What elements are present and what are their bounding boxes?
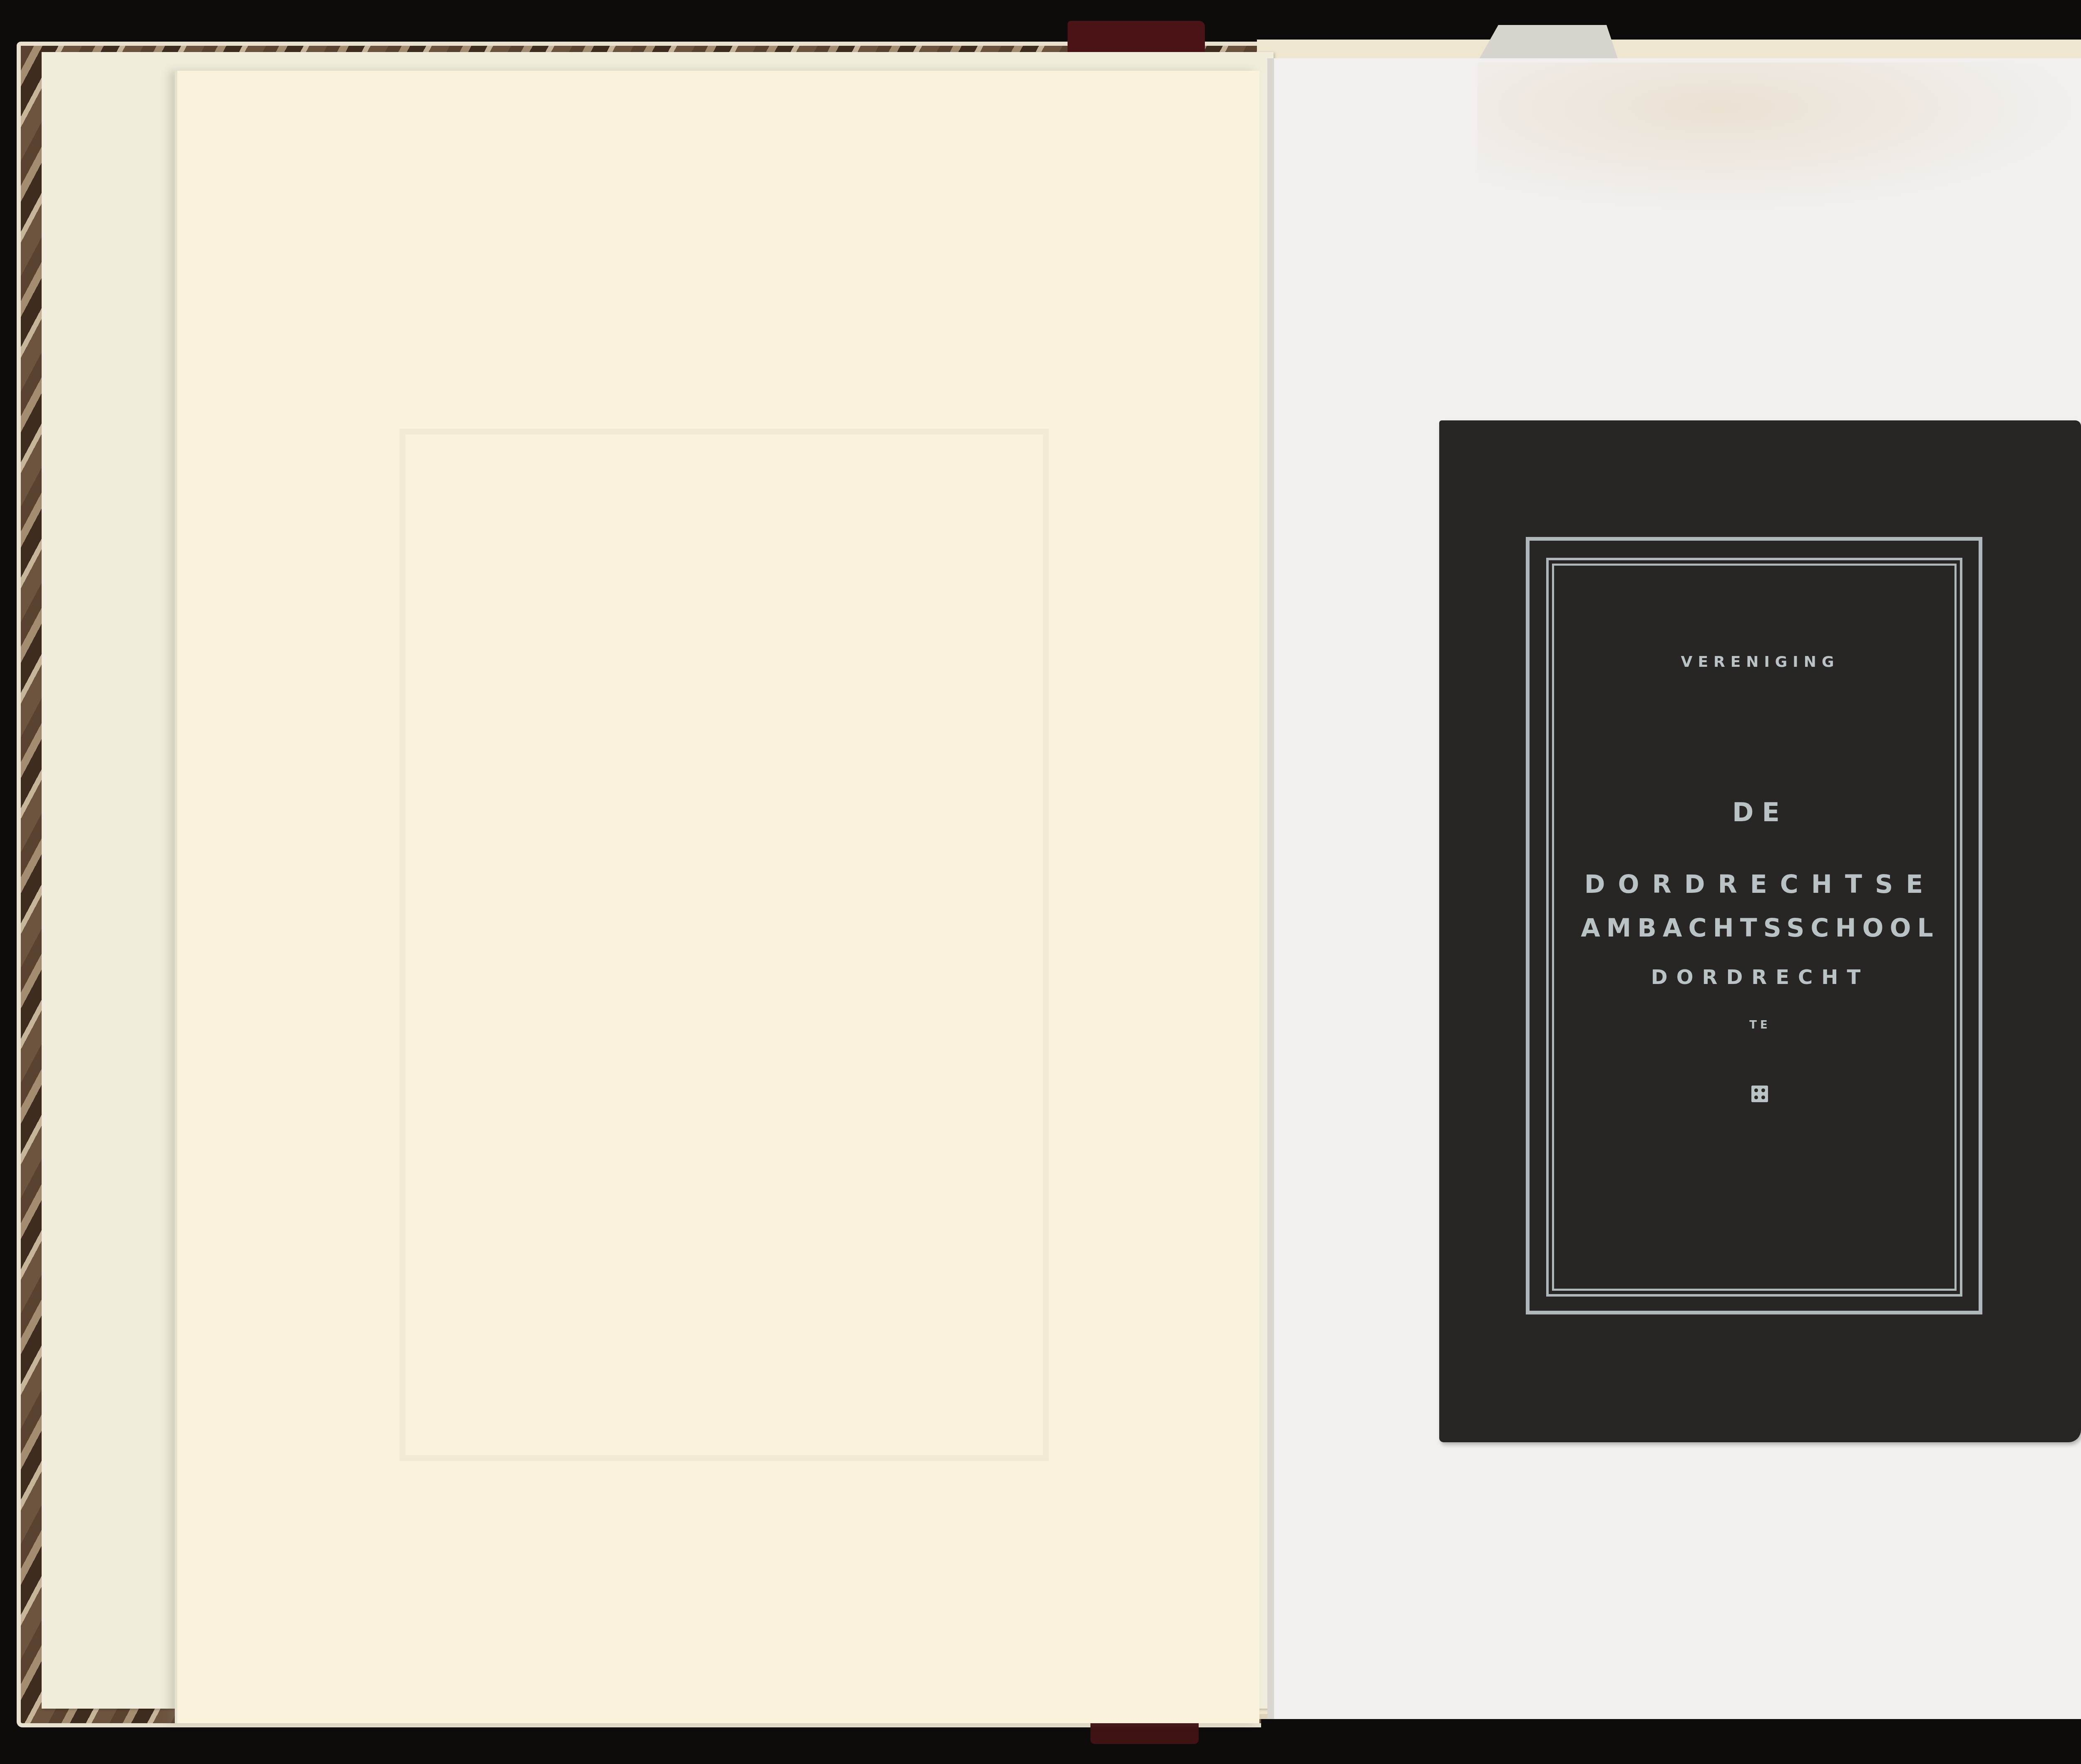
cover-title-line: VERENIGING [1439,653,2081,671]
water-stain [1478,62,2081,212]
cover-title-line: AMBACHTSSCHOOL [1439,914,2081,943]
cover-title-line: TE [1439,1019,2081,1031]
cover-title-line: DE [1439,797,2081,827]
cover-title-line: DORDRECHT [1439,966,2081,989]
left-page-offset-impression [400,429,1049,1461]
printers-ornament-icon [1751,1086,1768,1102]
cover-title-line: DORDRECHTSE [1439,870,2081,899]
